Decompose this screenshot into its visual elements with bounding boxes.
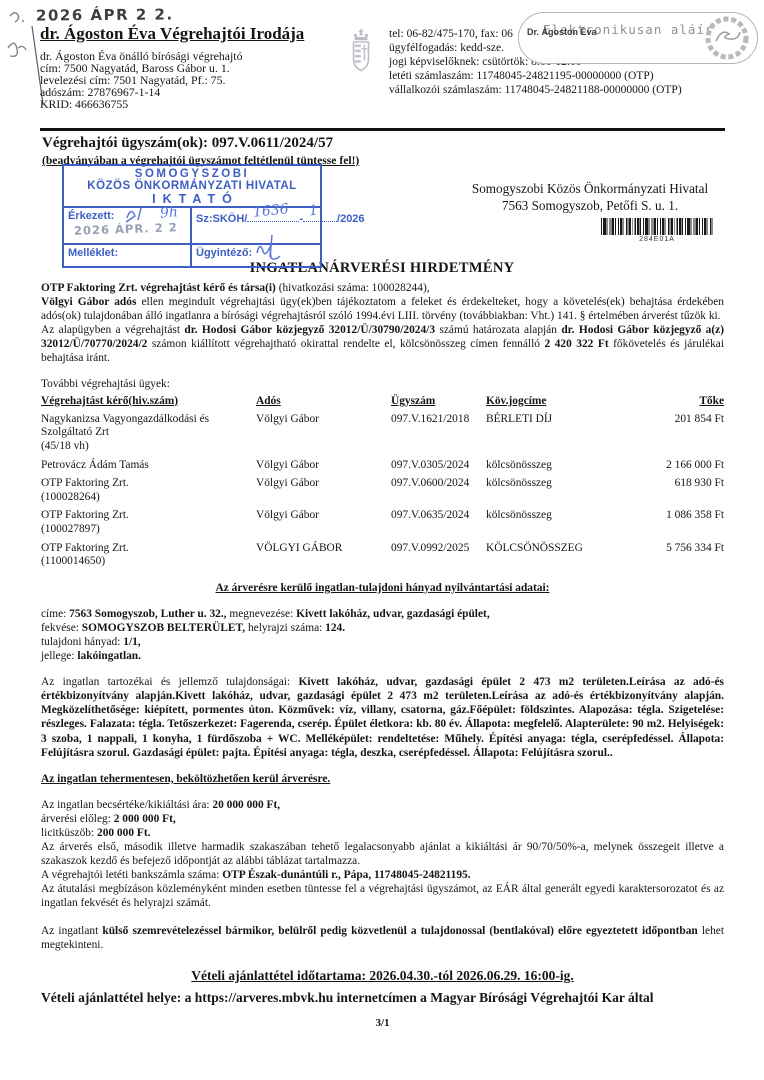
bailiff-office-block: dr. Ágoston Éva Végrehajtói Irodája dr. … — [40, 24, 340, 111]
stamp-clerk-label: Ügyintéző: — [196, 247, 252, 259]
property-line: címe: 7563 Somogyszob, Luther u. 32., me… — [41, 607, 724, 621]
handwritten-time: 9h — [159, 204, 178, 222]
stamp-sz-suffix: /2026 — [337, 213, 365, 225]
table-row: OTP Faktoring Zrt.(100028264) Völgyi Gáb… — [41, 477, 724, 504]
hungarian-coat-of-arms-icon — [346, 28, 376, 86]
stamp-sz-prefix: SKÖH/ — [213, 213, 248, 225]
document-page: 2026 ÁPR 2 2. dr. Ágoston Éva Végrehajtó… — [0, 0, 764, 1080]
barcode-label: 284E01A — [601, 236, 713, 243]
document-body: OTP Faktoring Zrt. végrehajtást kérő és … — [41, 281, 724, 1030]
electronic-signature-badge: Elektronikusan aláírta: Dr. Ágoston Éva — [518, 12, 758, 64]
header-divider — [40, 128, 725, 131]
offer-period-line: Vételi ajánlattétel időtartama: 2026.04.… — [41, 969, 724, 983]
intro-paragraph-2: Völgyi Gábor adós ellen megindult végreh… — [41, 295, 724, 323]
office-line: KRID: 466636755 — [40, 99, 340, 111]
deposit-line: árverési előleg: 2 000 000 Ft, — [41, 812, 724, 826]
stamp-attachment-cell: Melléklet: — [64, 243, 192, 266]
recipient-line2: 7563 Somogyszob, Petőfi S. u. 1. — [440, 198, 740, 215]
stamp-received-cell: Érkezett: 9h 2026 ÁPR. 2 2 — [64, 208, 192, 243]
contact-line: vállalkozói számlaszám: 11748045-2482118… — [389, 84, 759, 98]
transfer-paragraph: Az átutalási megbízáson közleményként mi… — [41, 882, 724, 910]
stamp-received-label: Érkezett: — [68, 210, 114, 222]
handwritten-number-1: 1636 — [253, 201, 290, 221]
table-row: Petrovácz Ádám Tamás Völgyi Gábor 097.V.… — [41, 459, 724, 473]
table-row: OTP Faktoring Zrt.(1100014650) VÖLGYI GÁ… — [41, 542, 724, 569]
stamp-line1: SOMOGYSZOBI — [64, 168, 320, 180]
stamp-sz-label: Sz: — [196, 213, 213, 225]
case-number-block: Végrehajtói ügyszám(ok): 097.V.0611/2024… — [42, 135, 359, 167]
stages-paragraph: Az árverés első, második illetve harmadi… — [41, 840, 724, 868]
property-section-heading: Az árverésre kerülő ingatlan-tulajdoni h… — [41, 581, 724, 595]
intro-paragraph-3: Az alapügyben a végrehajtást dr. Hodosi … — [41, 323, 724, 365]
property-line: tulajdoni hányad: 1/1, — [41, 635, 724, 649]
table-row: Nagykanizsa Vagyongazdálkodási és Szolgá… — [41, 413, 724, 454]
case-number: Végrehajtói ügyszám(ok): 097.V.0611/2024… — [42, 135, 359, 152]
barcode — [601, 218, 713, 235]
contact-line: letéti számlaszám: 11748045-24821195-000… — [389, 70, 759, 84]
property-line: fekvése: SOMOGYSZOB BELTERÜLET, helyrajz… — [41, 621, 724, 635]
property-attributes: Az ingatlan tartozékai és jellemző tulaj… — [41, 675, 724, 760]
auction-prices: Az ingatlan becsértéke/kikiáltási ára: 2… — [41, 798, 724, 911]
deposit-account-line: A végrehajtói letéti bankszámla száma: O… — [41, 868, 724, 882]
handwritten-number-2: 1 — [308, 203, 319, 220]
property-details: címe: 7563 Somogyszob, Luther u. 32., me… — [41, 607, 724, 663]
unencumbered-line: Az ingatlan tehermentesen, beköltözhetőe… — [41, 772, 724, 786]
estimated-price-line: Az ingatlan becsértéke/kikiáltási ára: 2… — [41, 798, 724, 812]
intro-paragraph-1: OTP Faktoring Zrt. végrehajtást kérő és … — [41, 281, 724, 295]
cases-table-header: Végrehajtást kérő(hiv.szám) Adós Ügyszám… — [41, 394, 724, 408]
registry-stamp: SOMOGYSZOBI KÖZÖS ÖNKORMÁNYZATI HIVATAL … — [62, 164, 322, 268]
stamp-received-date: 2026 ÁPR. 2 2 — [74, 220, 178, 238]
office-title: dr. Ágoston Éva Végrehajtói Irodája — [40, 24, 340, 44]
bid-step-line: licitküszöb: 200 000 Ft. — [41, 826, 724, 840]
recipient-address: Somogyszobi Közös Önkormányzati Hivatal … — [440, 181, 740, 214]
received-date-stamp: 2026 ÁPR 2 2. — [36, 5, 174, 24]
handwritten-clerk-initials — [254, 233, 294, 263]
signature-seal-icon — [703, 14, 751, 62]
stamp-line2: KÖZÖS ÖNKORMÁNYZATI HIVATAL — [64, 180, 320, 192]
page-number: 3/1 — [41, 1016, 724, 1030]
viewing-paragraph: Az ingatlant külső szemrevételezéssel bá… — [41, 924, 724, 952]
stamp-attachment-label: Melléklet: — [68, 247, 118, 259]
property-line: jellege: lakóingatlan. — [41, 649, 724, 663]
recipient-line1: Somogyszobi Közös Önkormányzati Hivatal — [440, 181, 740, 198]
table-row: OTP Faktoring Zrt.(100027897) Völgyi Gáb… — [41, 509, 724, 536]
further-cases-label: További végrehajtási ügyek: — [41, 377, 724, 391]
esign-signer-name: Dr. Ágoston Éva — [527, 27, 597, 37]
stamp-clerk-cell: Ügyintéző: — [192, 243, 320, 266]
offer-place-line: Vételi ajánlattétel helye: a https://arv… — [41, 991, 724, 1005]
